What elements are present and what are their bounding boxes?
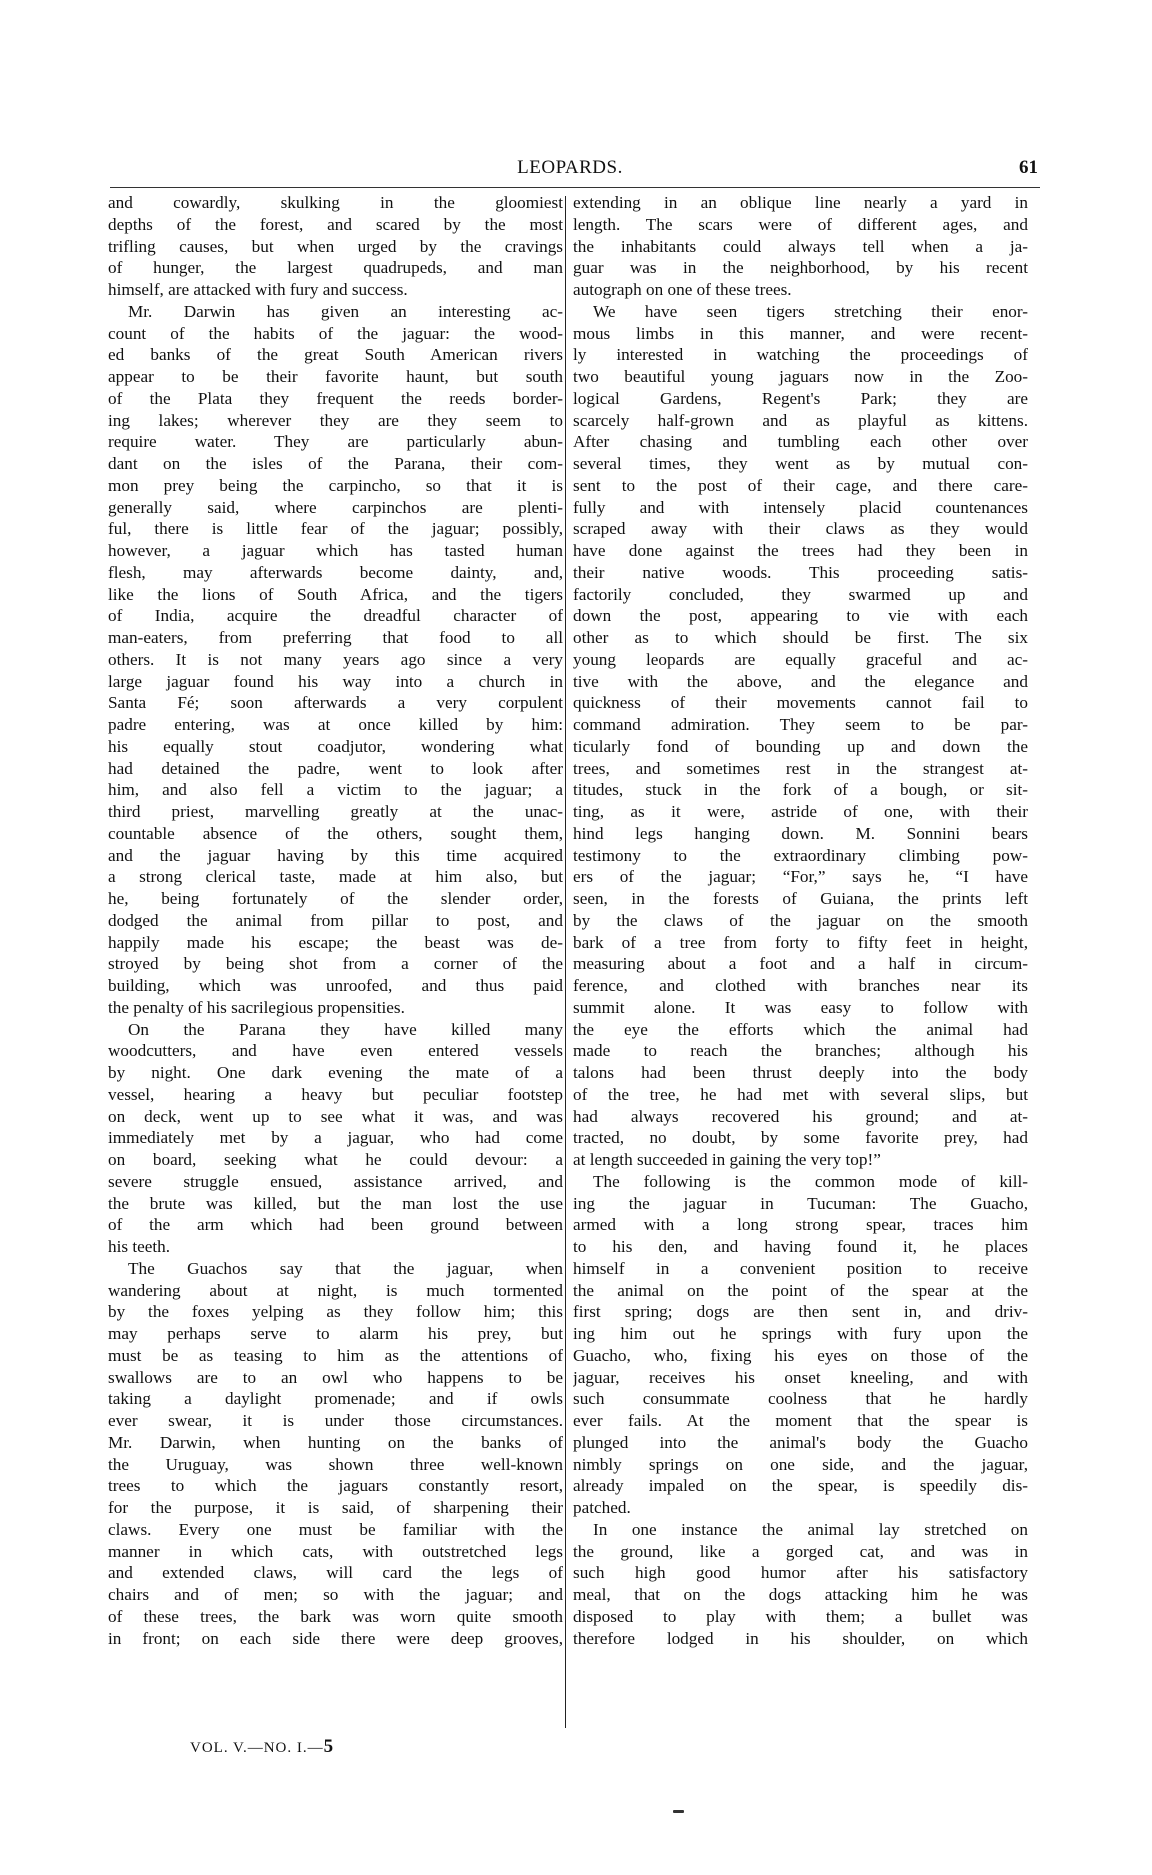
- text-line: ticularly fond of bounding up and down t…: [573, 736, 1028, 758]
- text-line: dodged the animal from pillar to post, a…: [108, 910, 563, 932]
- text-line: he, being fortunately of the slender ord…: [108, 888, 563, 910]
- text-line: titudes, stuck in the fork of a bough, o…: [573, 779, 1028, 801]
- text-line: claws. Every one must be familiar with t…: [108, 1519, 563, 1541]
- text-line: must be as teasing to him as the attenti…: [108, 1345, 563, 1367]
- paragraph: In one instance the animal lay stretched…: [573, 1519, 1028, 1650]
- text-line: scarcely half-grown and as playful as ki…: [573, 410, 1028, 432]
- text-line: the penalty of his sacrilegious propensi…: [108, 997, 563, 1019]
- text-line: by the claws of the jaguar on the smooth: [573, 910, 1028, 932]
- text-line: meal, that on the dogs attacking him he …: [573, 1584, 1028, 1606]
- text-line: of the arm which had been ground between: [108, 1214, 563, 1236]
- text-line: the ground, like a gorged cat, and was i…: [573, 1541, 1028, 1563]
- text-line: however, a jaguar which has tasted human: [108, 540, 563, 562]
- text-line: trees, and sometimes rest in the strange…: [573, 758, 1028, 780]
- text-line: On the Parana they have killed many: [108, 1019, 563, 1041]
- text-line: chairs and of men; so with the jaguar; a…: [108, 1584, 563, 1606]
- text-line: fully and with intensely placid countena…: [573, 497, 1028, 519]
- scanned-page: LEOPARDS. 61 and cowardly, skulking in t…: [0, 0, 1152, 1875]
- text-line: other as to which should be first. The s…: [573, 627, 1028, 649]
- text-line: their native woods. This proceeding sati…: [573, 562, 1028, 584]
- text-line: ing the jaguar in Tucuman: The Guacho,: [573, 1193, 1028, 1215]
- text-line: plunged into the animal's body the Guach…: [573, 1432, 1028, 1454]
- text-line: ing him out he springs with fury upon th…: [573, 1323, 1028, 1345]
- text-line: scraped away with their claws as they wo…: [573, 518, 1028, 540]
- paragraph: extending in an oblique line nearly a ya…: [573, 192, 1028, 301]
- text-line: autograph on one of these trees.: [573, 279, 1028, 301]
- text-line: The following is the common mode of kill…: [573, 1171, 1028, 1193]
- text-line: for the purpose, it is said, of sharpeni…: [108, 1497, 563, 1519]
- text-line: quickness of their movements cannot fail…: [573, 692, 1028, 714]
- text-line: two beautiful young jaguars now in the Z…: [573, 366, 1028, 388]
- running-head: LEOPARDS. 61: [100, 157, 1040, 181]
- text-line: trifling causes, but when urged by the c…: [108, 236, 563, 258]
- text-line: extending in an oblique line nearly a ya…: [573, 192, 1028, 214]
- paragraph: Mr. Darwin has given an interesting ac-c…: [108, 301, 563, 1019]
- paragraph: The following is the common mode of kill…: [573, 1171, 1028, 1519]
- text-line: factorily concluded, they swarmed up and: [573, 584, 1028, 606]
- text-line: therefore lodged in his shoulder, on whi…: [573, 1628, 1028, 1650]
- text-line: ting, as it were, astride of one, with t…: [573, 801, 1028, 823]
- text-line: in front; on each side there were deep g…: [108, 1628, 563, 1650]
- text-line: count of the habits of the jaguar: the w…: [108, 323, 563, 345]
- text-line: him, and also fell a victim to the jagua…: [108, 779, 563, 801]
- text-line: command admiration. They seem to be par-: [573, 714, 1028, 736]
- text-line: ever swear, it is under those circumstan…: [108, 1410, 563, 1432]
- ink-smudge: [673, 1810, 684, 1813]
- text-line: by night. One dark evening the mate of a: [108, 1062, 563, 1084]
- text-line: mous limbs in this manner, and were rece…: [573, 323, 1028, 345]
- text-line: sent to the post of their cage, and ther…: [573, 475, 1028, 497]
- text-line: length. The scars were of different ages…: [573, 214, 1028, 236]
- right-column: extending in an oblique line nearly a ya…: [573, 192, 1028, 1649]
- paragraph: and cowardly, skulking in the gloomiestd…: [108, 192, 563, 301]
- text-line: countable absence of the others, sought …: [108, 823, 563, 845]
- text-line: the brute was killed, but the man lost t…: [108, 1193, 563, 1215]
- text-line: by the foxes yelping as they follow him;…: [108, 1301, 563, 1323]
- text-line: ers of the jaguar; “For,” says he, “I ha…: [573, 866, 1028, 888]
- paragraph: The Guachos say that the jaguar, whenwan…: [108, 1258, 563, 1650]
- text-line: depths of the forest, and scared by the …: [108, 214, 563, 236]
- text-line: the Uruguay, was shown three well-known: [108, 1454, 563, 1476]
- text-line: building, which was unroofed, and thus p…: [108, 975, 563, 997]
- column-divider: [565, 196, 566, 1728]
- text-line: Santa Fé; soon afterwards a very corpule…: [108, 692, 563, 714]
- text-line: of these trees, the bark was worn quite …: [108, 1606, 563, 1628]
- paragraph: We have seen tigers stretching their eno…: [573, 301, 1028, 1171]
- text-line: like the lions of South Africa, and the …: [108, 584, 563, 606]
- text-line: patched.: [573, 1497, 1028, 1519]
- text-line: disposed to play with them; a bullet was: [573, 1606, 1028, 1628]
- text-line: woodcutters, and have even entered vesse…: [108, 1040, 563, 1062]
- text-line: testimony to the extraordinary climbing …: [573, 845, 1028, 867]
- text-line: ly interested in watching the proceeding…: [573, 344, 1028, 366]
- text-line: guar was in the neighborhood, by his rec…: [573, 257, 1028, 279]
- text-line: immediately met by a jaguar, who had com…: [108, 1127, 563, 1149]
- text-line: swallows are to an owl who happens to be: [108, 1367, 563, 1389]
- text-line: a strong clerical taste, made at him als…: [108, 866, 563, 888]
- text-line: such high good humor after his satisfact…: [573, 1562, 1028, 1584]
- text-line: have done against the trees had they bee…: [573, 540, 1028, 562]
- text-line: logical Gardens, Regent's Park; they are: [573, 388, 1028, 410]
- text-line: summit alone. It was easy to follow with: [573, 997, 1028, 1019]
- running-title: LEOPARDS.: [100, 157, 1040, 179]
- text-line: In one instance the animal lay stretched…: [573, 1519, 1028, 1541]
- signature-number: 5: [324, 1736, 335, 1757]
- text-line: on board, seeking what he could devour: …: [108, 1149, 563, 1171]
- text-line: made to reach the branches; although his: [573, 1040, 1028, 1062]
- text-line: seen, in the forests of Guiana, the prin…: [573, 888, 1028, 910]
- text-line: himself, are attacked with fury and succ…: [108, 279, 563, 301]
- text-line: require water. They are particularly abu…: [108, 431, 563, 453]
- text-line: young leopards are equally graceful and …: [573, 649, 1028, 671]
- text-line: and cowardly, skulking in the gloomiest: [108, 192, 563, 214]
- text-line: severe struggle ensued, assistance arriv…: [108, 1171, 563, 1193]
- text-line: jaguar, receives his onset kneeling, and…: [573, 1367, 1028, 1389]
- text-line: of the Plata they frequent the reeds bor…: [108, 388, 563, 410]
- text-line: ful, there is little fear of the jaguar;…: [108, 518, 563, 540]
- text-line: padre entering, was at once killed by hi…: [108, 714, 563, 736]
- text-line: dant on the isles of the Parana, their c…: [108, 453, 563, 475]
- text-line: the animal on the point of the spear at …: [573, 1280, 1028, 1302]
- text-line: manner in which cats, with outstretched …: [108, 1541, 563, 1563]
- text-line: Guacho, who, fixing his eyes on those of…: [573, 1345, 1028, 1367]
- text-line: talons had been thrust deeply into the b…: [573, 1062, 1028, 1084]
- text-line: taking a daylight promenade; and if owls: [108, 1388, 563, 1410]
- text-line: of India, acquire the dreadful character…: [108, 605, 563, 627]
- text-line: several times, they went as by mutual co…: [573, 453, 1028, 475]
- text-line: Mr. Darwin, when hunting on the banks of: [108, 1432, 563, 1454]
- text-line: ference, and clothed with branches near …: [573, 975, 1028, 997]
- text-line: wandering about at night, is much tormen…: [108, 1280, 563, 1302]
- text-line: nimbly springs on one side, and the jagu…: [573, 1454, 1028, 1476]
- text-line: others. It is not many years ago since a…: [108, 649, 563, 671]
- text-line: appear to be their favorite haunt, but s…: [108, 366, 563, 388]
- text-line: and the jaguar having by this time acqui…: [108, 845, 563, 867]
- text-line: ing lakes; wherever they are they seem t…: [108, 410, 563, 432]
- page-number: 61: [1019, 157, 1038, 179]
- text-line: had detained the padre, went to look aft…: [108, 758, 563, 780]
- text-line: trees to which the jaguars constantly re…: [108, 1475, 563, 1497]
- text-line: The Guachos say that the jaguar, when: [108, 1258, 563, 1280]
- text-line: man-eaters, from preferring that food to…: [108, 627, 563, 649]
- text-line: flesh, may afterwards become dainty, and…: [108, 562, 563, 584]
- text-line: first spring; dogs are then sent in, and…: [573, 1301, 1028, 1323]
- text-line: the eye the efforts which the animal had: [573, 1019, 1028, 1041]
- text-line: large jaguar found his way into a church…: [108, 671, 563, 693]
- signature-text: VOL. V.—NO. I.—: [190, 1740, 324, 1756]
- signature-mark: VOL. V.—NO. I.—5: [190, 1736, 334, 1758]
- text-line: of the tree, he had met with several sli…: [573, 1084, 1028, 1106]
- left-column: and cowardly, skulking in the gloomiestd…: [108, 192, 563, 1649]
- text-line: may perhaps serve to alarm his prey, but: [108, 1323, 563, 1345]
- text-line: third priest, marvelling greatly at the …: [108, 801, 563, 823]
- text-line: his teeth.: [108, 1236, 563, 1258]
- text-line: on deck, went up to see what it was, and…: [108, 1106, 563, 1128]
- text-line: ever fails. At the moment that the spear…: [573, 1410, 1028, 1432]
- text-line: vessel, hearing a heavy but peculiar foo…: [108, 1084, 563, 1106]
- text-line: ed banks of the great South American riv…: [108, 344, 563, 366]
- text-line: measuring about a foot and a half in cir…: [573, 953, 1028, 975]
- text-line: Mr. Darwin has given an interesting ac-: [108, 301, 563, 323]
- header-rule: [110, 187, 1040, 188]
- paragraph: On the Parana they have killed manywoodc…: [108, 1019, 563, 1258]
- text-line: armed with a long strong spear, traces h…: [573, 1214, 1028, 1236]
- text-line: bark of a tree from forty to fifty feet …: [573, 932, 1028, 954]
- text-line: down the post, appearing to vie with eac…: [573, 605, 1028, 627]
- text-line: stroyed by being shot from a corner of t…: [108, 953, 563, 975]
- text-line: such consummate coolness that he hardly: [573, 1388, 1028, 1410]
- text-line: of hunger, the largest quadrupeds, and m…: [108, 257, 563, 279]
- text-line: himself in a convenient position to rece…: [573, 1258, 1028, 1280]
- text-line: generally said, where carpinchos are ple…: [108, 497, 563, 519]
- text-line: already impaled on the spear, is speedil…: [573, 1475, 1028, 1497]
- text-line: the inhabitants could always tell when a…: [573, 236, 1028, 258]
- text-line: happily made his escape; the beast was d…: [108, 932, 563, 954]
- text-line: tive with the above, and the elegance an…: [573, 671, 1028, 693]
- text-line: to his den, and having found it, he plac…: [573, 1236, 1028, 1258]
- text-line: his equally stout coadjutor, wondering w…: [108, 736, 563, 758]
- text-line: had always recovered his ground; and at-: [573, 1106, 1028, 1128]
- text-line: and extended claws, will card the legs o…: [108, 1562, 563, 1584]
- text-line: at length succeeded in gaining the very …: [573, 1149, 1028, 1171]
- text-line: tracted, no doubt, by some favorite prey…: [573, 1127, 1028, 1149]
- text-line: hind legs hanging down. M. Sonnini bears: [573, 823, 1028, 845]
- text-line: After chasing and tumbling each other ov…: [573, 431, 1028, 453]
- text-line: mon prey being the carpincho, so that it…: [108, 475, 563, 497]
- text-line: We have seen tigers stretching their eno…: [573, 301, 1028, 323]
